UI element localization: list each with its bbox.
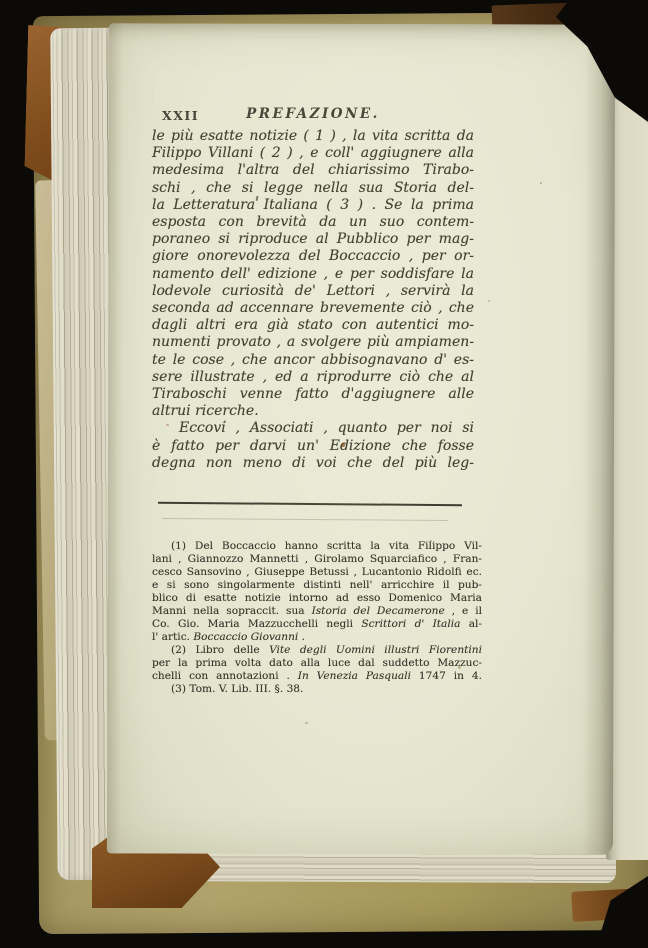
body-line: giore onorevolezza del Boccaccio , per o… [152,248,474,265]
paper-speckle [430,540,432,542]
body-line: te le cose , che ancor abbisognavano d' … [152,352,474,369]
body-line: medesima l'altra del chiarissimo Tirabo- [152,162,474,179]
paper-speckle [341,443,345,447]
footnote-line: blico di esatte notizie intorno ad esso … [152,592,482,605]
body-line: dagli altri era già stato con autentici … [152,317,474,334]
body-text: le più esatte notizie ( 1 ) , la vita sc… [152,128,474,472]
body-line: è fatto per darvi un' Edizione che fosse [152,438,474,455]
paper-speckle [488,300,490,302]
footnote-line: Manni nella sopraccit. sua Istoria del D… [152,605,482,618]
body-line: poraneo si riproduce al Pubblico per mag… [152,231,474,248]
footnote-line: (2) Libro delle Vite degli Uomini illust… [152,644,482,657]
footnotes: (1) Del Boccaccio hanno scritta la vita … [152,540,482,696]
running-title: PREFAZIONE. [152,106,474,122]
body-line: namento dell' edizione , e per soddisfar… [152,266,474,283]
paper-speckle [305,722,308,724]
footnote-line: e si sono singolarmente distinti nell' a… [152,579,482,592]
footnote-line: chelli con annotazioni . In Venezia Pasq… [152,670,482,683]
body-line: la Letteratura Italiana ( 3 ) . Se la pr… [152,197,474,214]
footnote-line: per la prima volta dato alla luce dal su… [152,657,482,670]
footnote-line: (3) Tom. V. Lib. III. §. 38. [152,683,482,696]
body-line: sere illustrate , ed a riprodurre ciò ch… [152,369,474,386]
paper-speckle [166,424,169,426]
footnote-line: (1) Del Boccaccio hanno scritta la vita … [152,540,482,553]
footnote-line: l' artic. Boccaccio Giovanni . [152,631,482,644]
show-through-line [162,518,448,521]
body-line: Eccovi , Associati , quanto per noi si [152,420,474,437]
body-line: Tiraboschi venne fatto d'aggiugnere alle [152,386,474,403]
body-line: degna non meno di voi che del più leg- [152,455,474,472]
body-line: numenti provato , a svolgere più ampiame… [152,334,474,351]
body-line: le più esatte notizie ( 1 ) , la vita sc… [152,128,474,145]
body-line: Filippo Villani ( 2 ) , e coll' aggiugne… [152,145,474,162]
footnote-line: lani , Giannozzo Mannetti , Girolamo Squ… [152,553,482,566]
body-line: esposta con brevità da un suo contem- [152,214,474,231]
body-line: schi , che si legge nella sua Storia del… [152,180,474,197]
body-line: seconda ad accennare brevemente ciò , ch… [152,300,474,317]
footnote-line: cesco Sansovino , Giuseppe Betussi , Luc… [152,566,482,579]
body-line: lodevole curiosità de' Lettori , servirà… [152,283,474,300]
book-photo: { "page": { "header": { "page_number": "… [0,0,648,948]
paper-speckle [458,666,461,669]
paper-speckle [224,420,226,423]
page-header: XXII PREFAZIONE. [152,106,474,123]
page-number: XXII [162,108,199,123]
body-line: altrui ricerche. [152,403,474,420]
paper-speckle [540,182,542,184]
footnote-divider-rule [158,502,462,506]
footnote-line: Co. Gio. Maria Mazzucchelli negli Scritt… [152,618,482,631]
printed-content: XXII PREFAZIONE. le più esatte notizie (… [152,106,474,816]
